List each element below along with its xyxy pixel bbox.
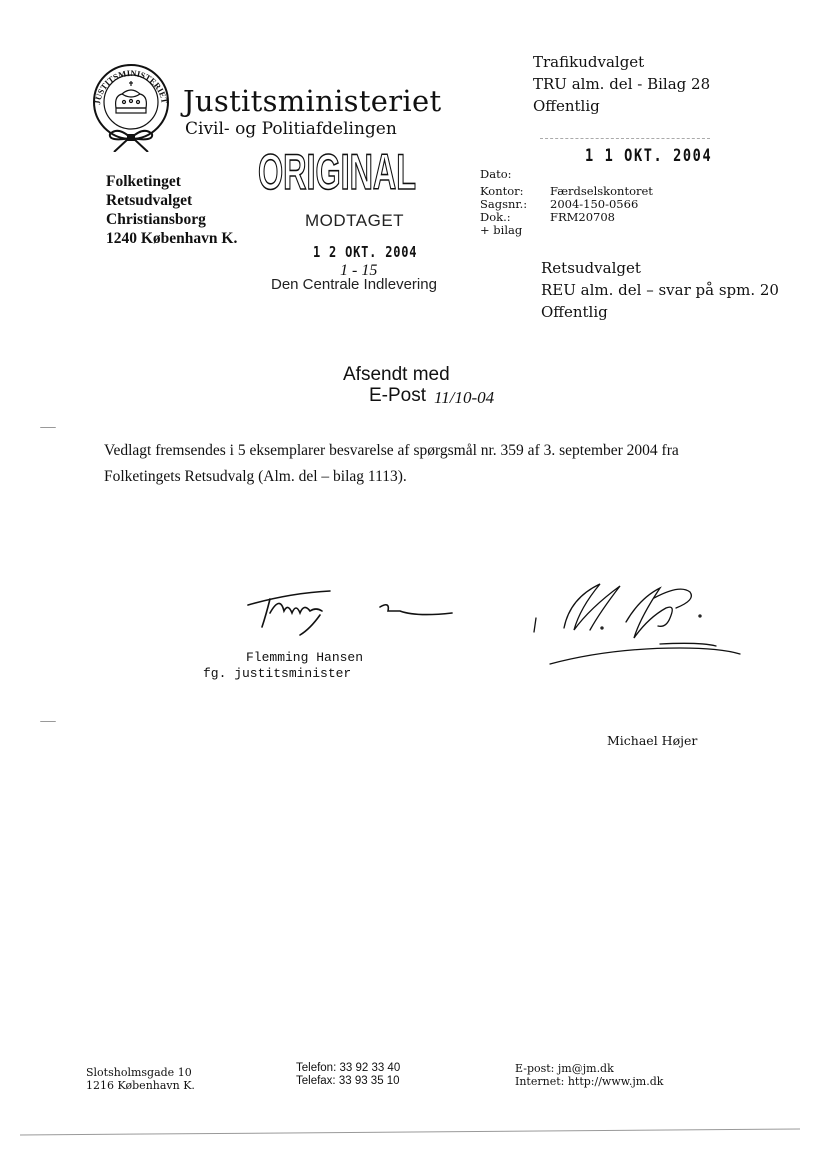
footer-contact: E-post: jm@jm.dk Internet: http://www.jm… <box>515 1062 663 1088</box>
footer-fax: Telefax: 33 93 35 10 <box>296 1075 400 1088</box>
ministry-name: Justitsministeriet <box>183 84 441 118</box>
recipient-address: Folketinget Retsudvalget Christiansborg … <box>106 172 237 248</box>
registration-reference: TRU alm. del - Bilag 28 <box>533 73 710 95</box>
registration-committee: Retsudvalget <box>541 257 779 279</box>
royal-crown-seal-icon: JUSTITSMINISTERIET <box>86 62 176 152</box>
sent-via-handwritten-date: 11/10-04 <box>434 388 494 408</box>
registration-status: Offentlig <box>541 301 779 323</box>
signer-name: Flemming Hansen <box>246 650 363 666</box>
document-meta: Dato: Kontor: Færdselskontoret Sagsnr.: … <box>480 168 653 237</box>
received-stamp-place: Den Centrale Indlevering <box>271 276 437 293</box>
received-stamp-date: 1 2 OKT. 2004 <box>313 243 417 261</box>
original-stamp: ORIGINAL <box>258 145 420 195</box>
recipient-line: 1240 København K. <box>106 229 237 248</box>
meta-value: FRM20708 <box>550 211 615 224</box>
footer-website: Internet: http://www.jm.dk <box>515 1075 663 1088</box>
recipient-line: Retsudvalget <box>106 191 237 210</box>
signer-name: Michael Højer <box>607 733 697 748</box>
margin-mark <box>40 427 56 428</box>
signature-flemming-hansen-icon <box>240 585 470 645</box>
divider <box>540 138 710 139</box>
footer-telephone: Telefon: 33 92 33 40 <box>296 1062 400 1075</box>
meta-date-label: Dato: <box>480 168 550 181</box>
received-stamp-label: MODTAGET <box>305 211 404 231</box>
svg-text:ORIGINAL: ORIGINAL <box>258 145 416 195</box>
footer-email: E-post: jm@jm.dk <box>515 1062 663 1075</box>
registration-status: Offentlig <box>533 95 710 117</box>
signature-michael-hojer-icon <box>530 578 750 668</box>
meta-date-row: Dato: <box>480 168 653 181</box>
footer-phone: Telefon: 33 92 33 40 Telefax: 33 93 35 1… <box>296 1062 400 1088</box>
footer-address: Slotsholmsgade 10 1216 København K. <box>86 1066 195 1092</box>
signer-title: fg. justitsminister <box>203 666 351 682</box>
recipient-line: Christiansborg <box>106 210 237 229</box>
registration-committee: Trafikudvalget <box>533 51 710 73</box>
scan-edge-line <box>20 1128 800 1136</box>
registration-reference: REU alm. del – svar på spm. 20 <box>541 279 779 301</box>
body-paragraph: Vedlagt fremsendes i 5 eksemplarer besva… <box>104 438 724 490</box>
registration-top: Trafikudvalget TRU alm. del - Bilag 28 O… <box>533 51 710 117</box>
meta-attachment: + bilag <box>480 224 653 237</box>
margin-mark <box>40 721 56 722</box>
date-stamp: 1 1 OKT. 2004 <box>585 146 712 166</box>
registration-bottom: Retsudvalget REU alm. del – svar på spm.… <box>541 257 779 323</box>
department-name: Civil- og Politiafdelingen <box>185 119 397 139</box>
sent-via-method: E-Post <box>369 385 426 407</box>
sent-via-label: Afsendt med <box>343 364 450 386</box>
recipient-line: Folketinget <box>106 172 237 191</box>
